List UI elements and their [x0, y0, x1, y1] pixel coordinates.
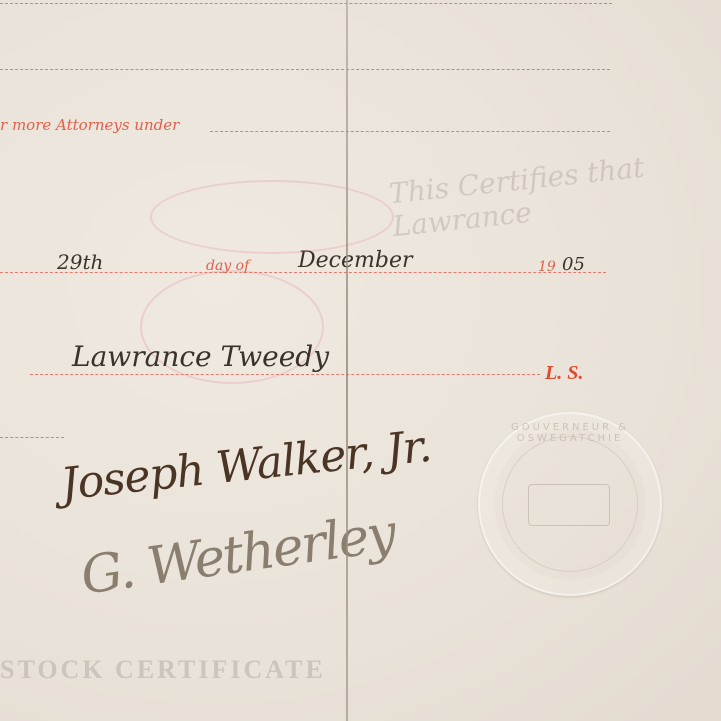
paper-fold-crease — [346, 0, 348, 721]
signatory-signature: Lawrance Tweedy — [72, 340, 329, 373]
seal-text: GOUVERNEUR & OSWEGATCHIE — [480, 422, 660, 444]
handwritten-month: December — [298, 248, 412, 273]
year-prefix: 19 — [538, 259, 556, 275]
form-line — [30, 374, 540, 375]
handwritten-year: 05 — [562, 254, 585, 275]
attorneys-label: r more Attorneys under — [0, 116, 179, 134]
day-of-label: day of — [206, 258, 249, 274]
locomotive-icon — [528, 484, 610, 526]
handwritten-day: 29th — [57, 250, 103, 274]
embossed-seal: GOUVERNEUR & OSWEGATCHIE — [478, 412, 662, 596]
ls-seal-mark: L. S. — [545, 362, 583, 385]
faded-bottom-text: STOCK CERTIFICATE — [0, 655, 721, 685]
form-line — [0, 437, 64, 438]
form-line — [210, 131, 610, 132]
form-line — [0, 3, 612, 4]
pink-swirl — [150, 180, 394, 254]
form-line — [0, 69, 610, 70]
